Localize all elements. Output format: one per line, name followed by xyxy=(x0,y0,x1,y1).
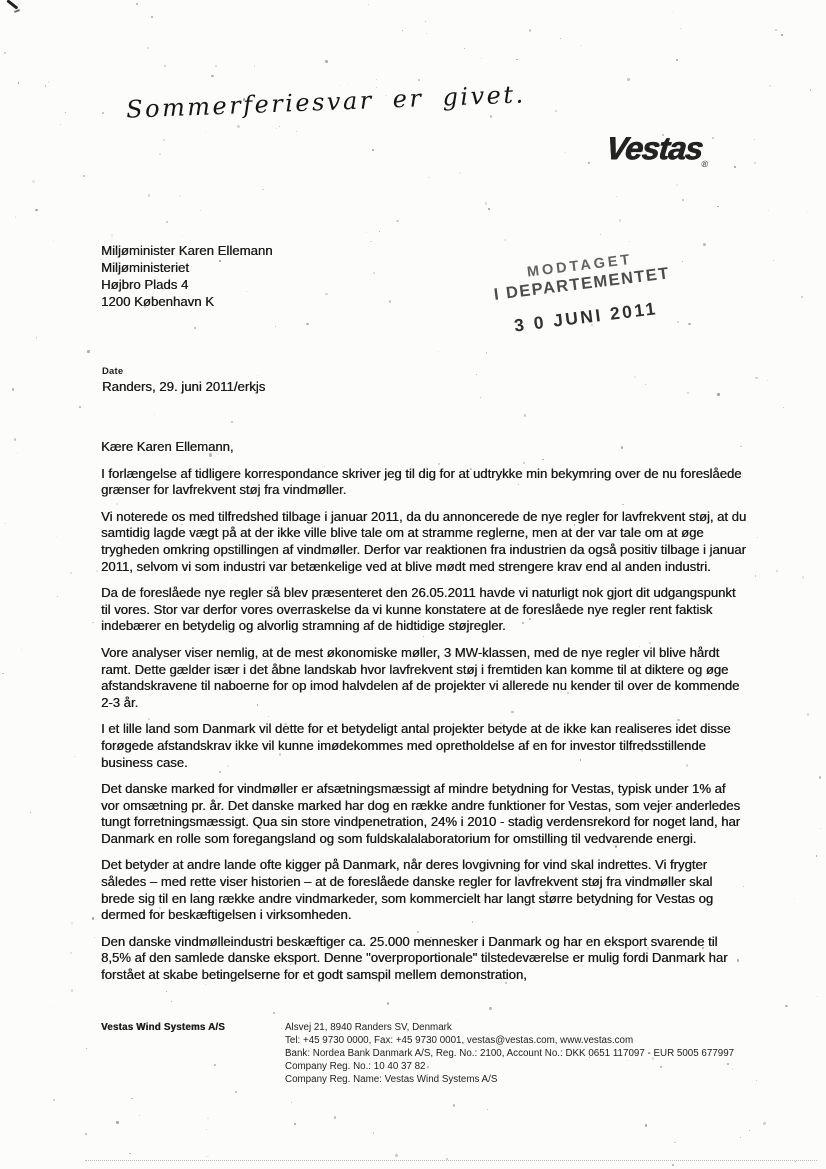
scan-artifact-mark xyxy=(14,9,20,13)
footer-regname-line: Company Reg. Name: Vestas Wind Systems A… xyxy=(285,1073,734,1086)
paragraph-7: Det betyder at andre lande ofte kigger p… xyxy=(101,857,747,923)
letter-body: Kære Karen Ellemann, I forlængelse af ti… xyxy=(101,439,747,994)
recipient-city-line: 1200 København K xyxy=(101,293,273,310)
vestas-logo-text: Vestas xyxy=(604,130,704,166)
footer-bank-line: Bank: Nordea Bank Danmark A/S, Reg. No.:… xyxy=(285,1047,734,1060)
vestas-logo: Vestas® xyxy=(604,130,712,169)
recipient-address: Miljøminister Karen Ellemann Miljøminist… xyxy=(101,242,273,310)
date-label: Date xyxy=(102,366,265,377)
scan-artifact-dotted-line xyxy=(85,1160,817,1161)
recipient-name-line: Miljøminister Karen Ellemann xyxy=(101,242,273,259)
paragraph-6: Det danske marked for vindmøller er afsæ… xyxy=(101,781,747,847)
scan-artifact-mark xyxy=(7,0,19,9)
received-stamp: MODTAGET I DEPARTEMENTET 3 0 JUNI 2011 xyxy=(455,243,712,343)
date-block: Date Randers, 29. juni 2011/erkjs xyxy=(102,366,265,394)
registered-trademark-symbol: ® xyxy=(701,159,709,169)
recipient-org-line: Miljøministeriet xyxy=(101,259,273,276)
footer-company-name: Vestas Wind Systems A/S xyxy=(101,1022,225,1033)
paragraph-1: I forlængelse af tidligere korrespondanc… xyxy=(101,466,747,499)
paragraph-3: Da de foreslåede nye regler så blev præs… xyxy=(101,585,747,635)
paragraph-8: Den danske vindmølleindustri beskæftiger… xyxy=(101,934,747,984)
recipient-street-line: Højbro Plads 4 xyxy=(101,276,273,293)
date-value: Randers, 29. juni 2011/erkjs xyxy=(102,379,265,394)
paragraph-4: Vore analyser viser nemlig, at de mest ø… xyxy=(101,645,747,711)
footer-contact-line: Tel: +45 9730 0000, Fax: +45 9730 0001, … xyxy=(285,1034,734,1047)
footer-contact-block: Alsvej 21, 8940 Randers SV, Denmark Tel:… xyxy=(285,1021,734,1086)
paragraph-5: I et lille land som Danmark vil dette fo… xyxy=(101,721,747,771)
paragraph-2: Vi noterede os med tilfredshed tilbage i… xyxy=(101,509,747,575)
footer-regno-line: Company Reg. No.: 10 40 37 82 xyxy=(285,1060,734,1073)
footer-address-line: Alsvej 21, 8940 Randers SV, Denmark xyxy=(285,1021,734,1034)
salutation: Kære Karen Ellemann, xyxy=(101,439,747,456)
handwritten-note: Sommerferiesvar er givet. xyxy=(126,80,526,123)
scanned-letter-page: Sommerferiesvar er givet. Vestas® Miljøm… xyxy=(0,0,826,1169)
